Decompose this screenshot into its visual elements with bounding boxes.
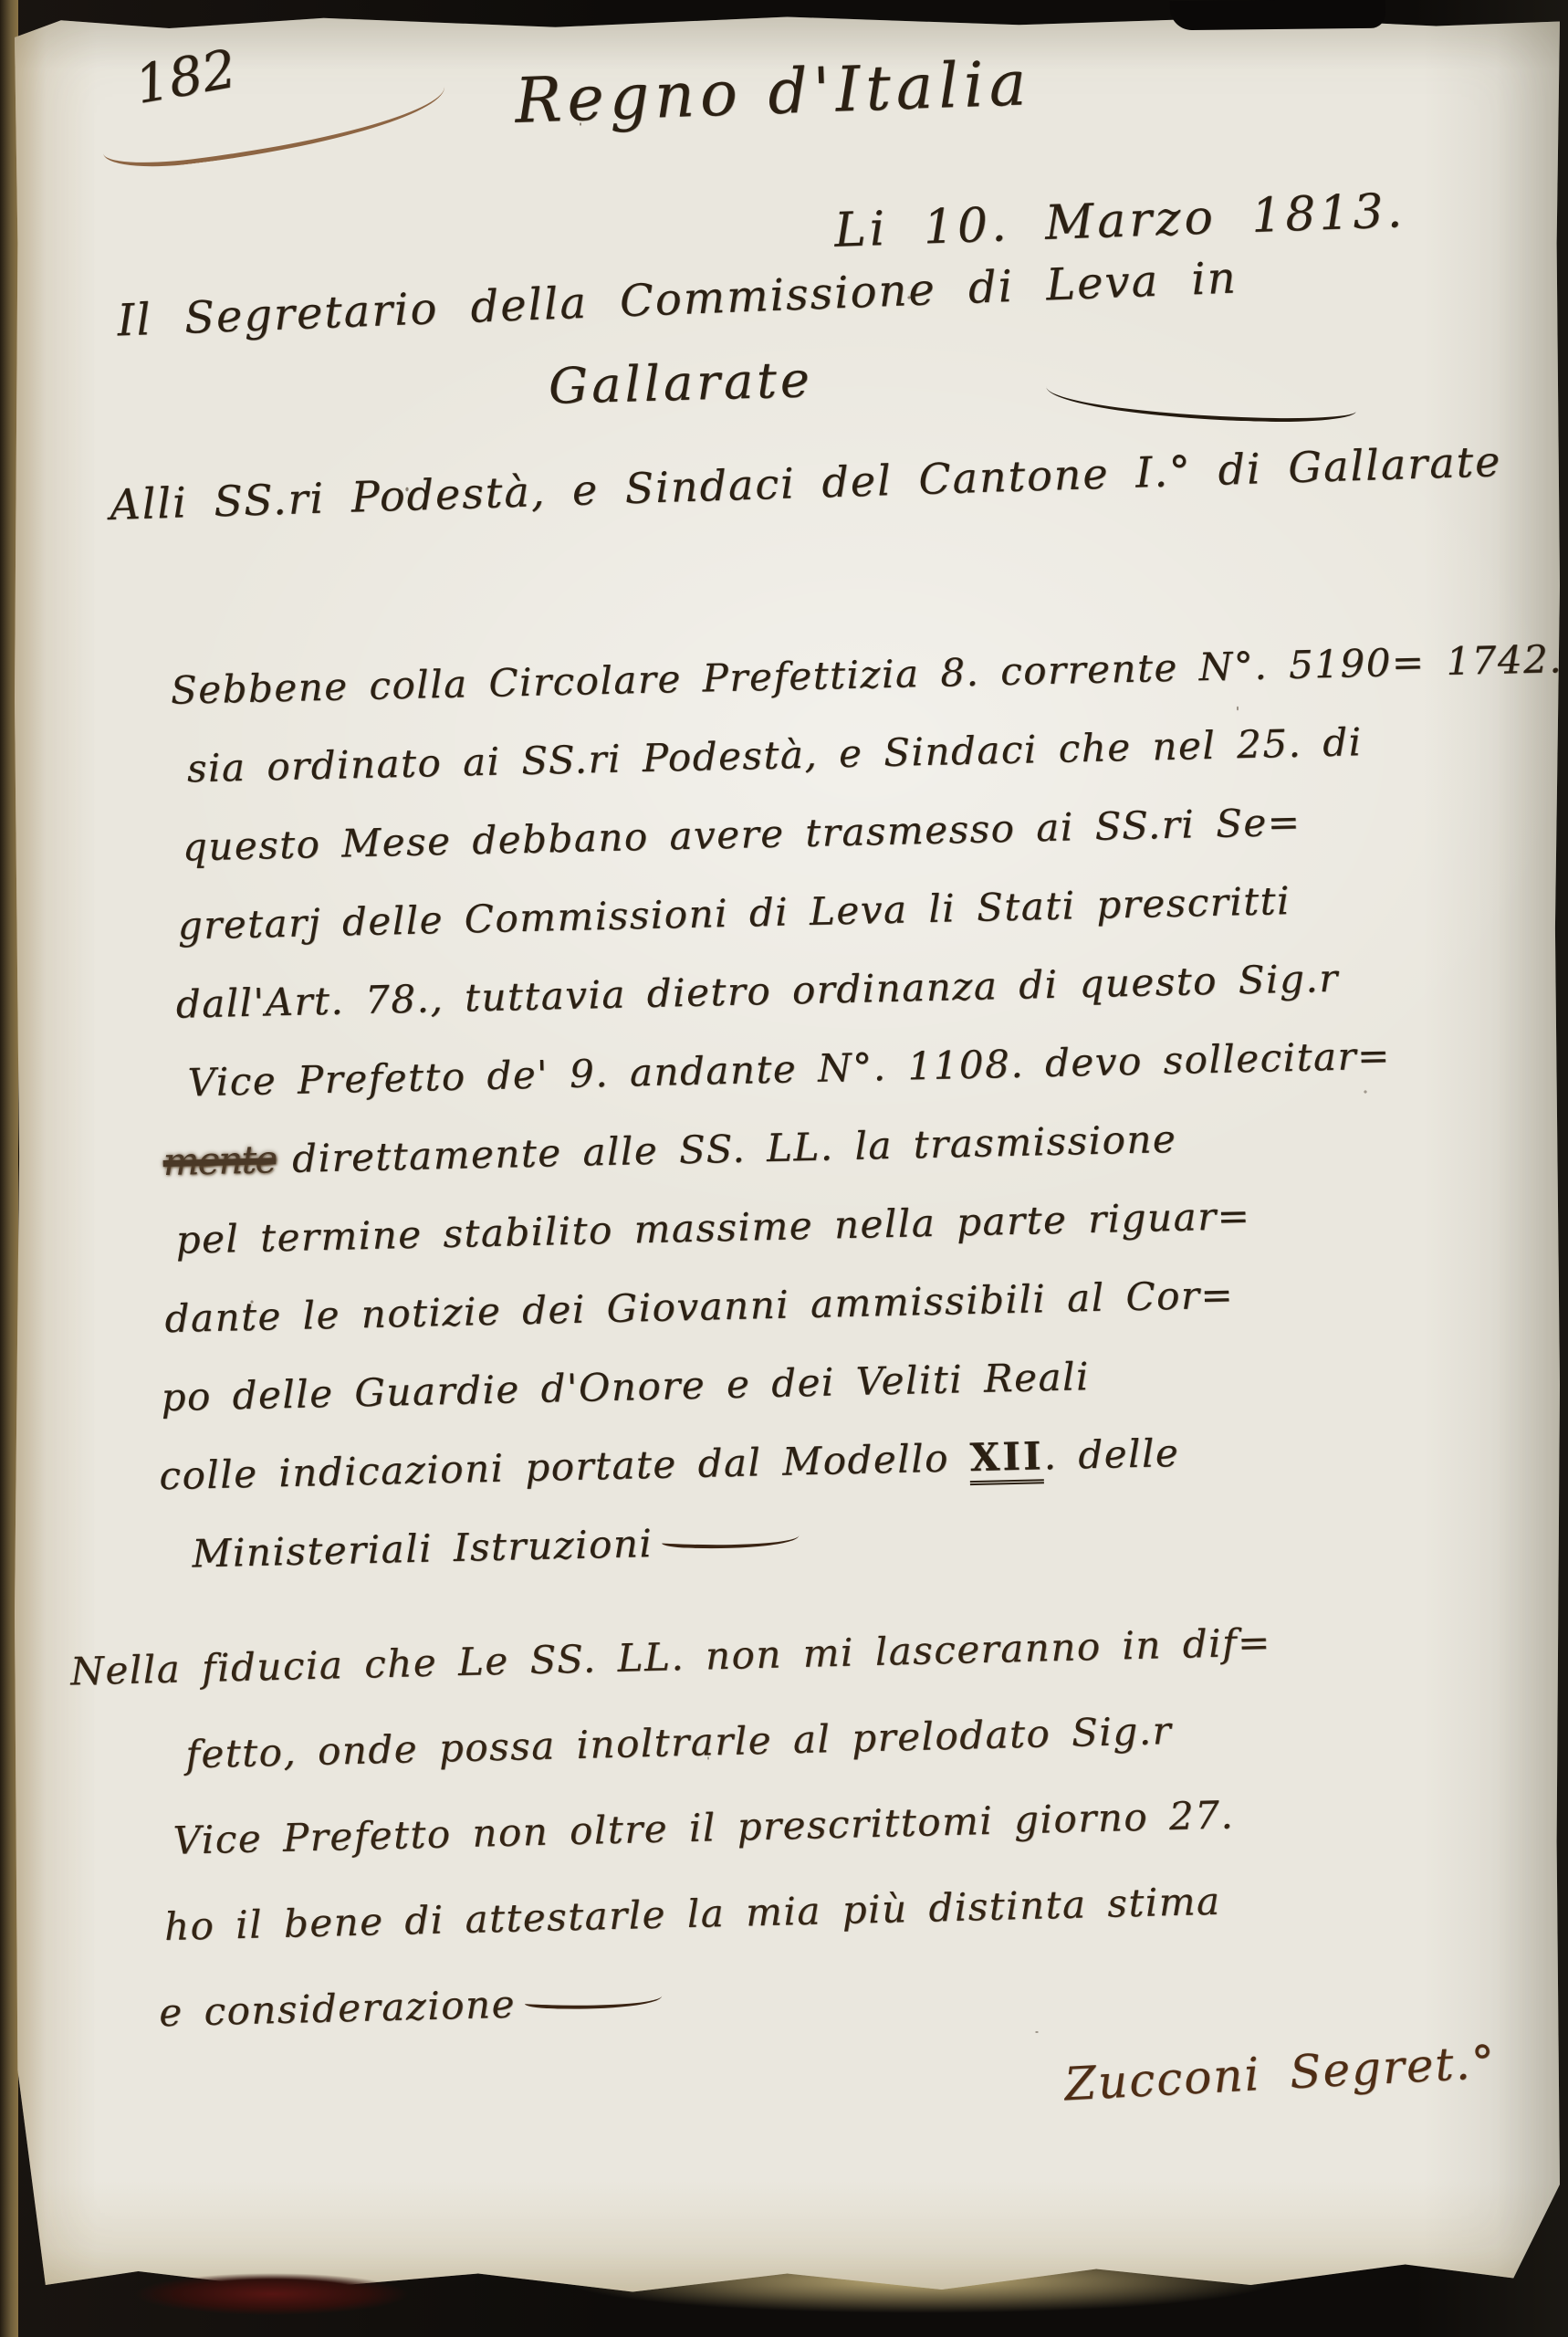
document-title: Regno d'Italia xyxy=(514,47,1033,138)
struck-word: mente xyxy=(162,1137,277,1184)
stain-bottom-left xyxy=(135,2273,409,2315)
sender-flourish xyxy=(1045,374,1356,424)
line-text: . delle xyxy=(1043,1430,1180,1478)
line-text: colle indicazioni portate dal Modello xyxy=(159,1435,970,1498)
recipient-line: Alli SS.ri Podestà, e Sindaci del Canton… xyxy=(110,436,1503,529)
signature: Zucconi Segret.° xyxy=(1063,2036,1498,2112)
roman-numeral-xii: XII xyxy=(969,1433,1044,1485)
body-paragraph-2: Nella fiducia che Le SS. LL. non mi lasc… xyxy=(15,1593,1568,2059)
photo-dark-patch-top-right xyxy=(1170,0,1385,30)
dateline: Li 10. Marzo 1813. xyxy=(833,183,1406,258)
body-paragraph-1: Sebbene colla Circolare Prefettizia 8. c… xyxy=(15,620,1568,1597)
line-text: direttamente alle SS. LL. la trasmission… xyxy=(292,1116,1177,1181)
sender-place: Gallarate xyxy=(548,351,813,415)
photograph-background: 182 Regno d'Italia Li 10. Marzo 1813. Il… xyxy=(0,0,1568,2337)
sender-line: Il Segretario della Commissione di Leva … xyxy=(116,252,1238,346)
paper-left-edge xyxy=(0,0,18,2337)
manuscript-page: 182 Regno d'Italia Li 10. Marzo 1813. Il… xyxy=(15,15,1560,2299)
